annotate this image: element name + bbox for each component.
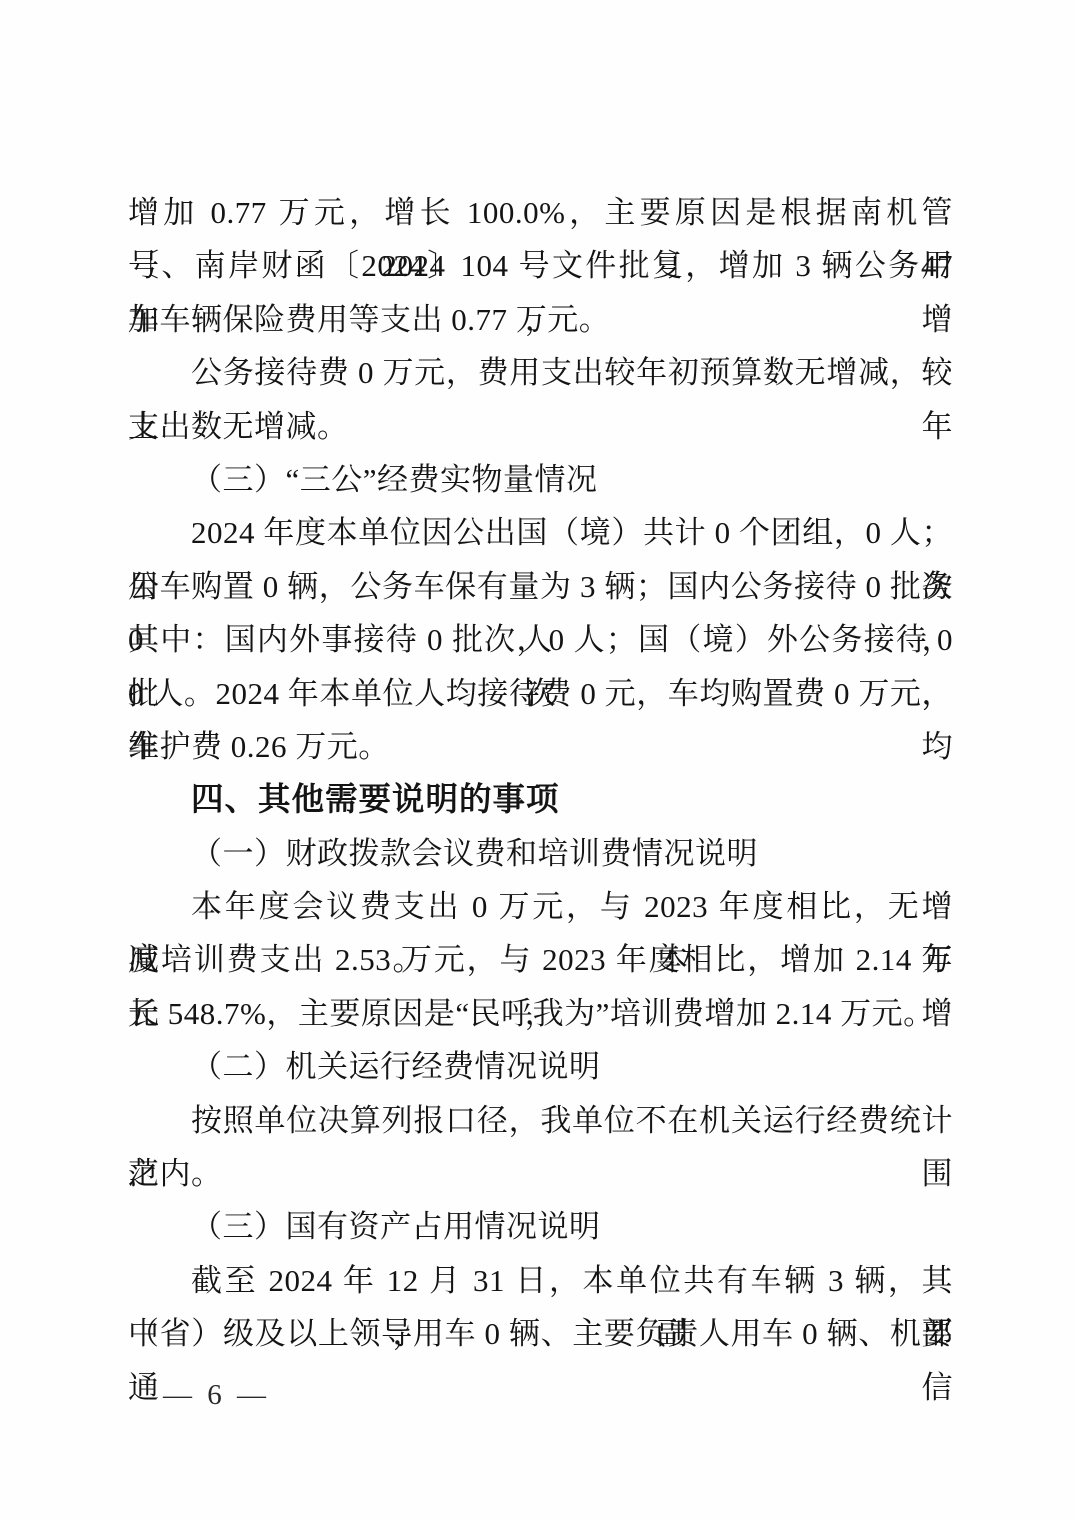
sub-section-heading: （三）“三公”经费实物量情况 xyxy=(128,453,953,506)
text-line: 长 548.7%，主要原因是“民呼我为”培训费增加 2.14 万元。 xyxy=(128,987,953,1040)
paragraph: 本年度会议费支出 0 万元，与 2023 年度相比，无增减。本年度培训费支出 2… xyxy=(128,880,953,1040)
text-line: 用车购置 0 辆，公务车保有量为 3 辆；国内公务接待 0 批次 0 人， xyxy=(128,560,953,613)
text-line: 公务接待费 0 万元，费用支出较年初预算数无增减，较上年 xyxy=(128,346,953,399)
text-line: （省）级及以上领导用车 0 辆、主要负责人用车 0 辆、机要通信 xyxy=(128,1307,953,1360)
text-line: 0 人。2024 年本单位人均接待费 0 元，车均购置费 0 万元，车均 xyxy=(128,667,953,720)
text-line: 四、其他需要说明的事项 xyxy=(128,773,953,826)
text-line: 按照单位决算列报口径，我单位不在机关运行经费统计范围 xyxy=(128,1094,953,1147)
text-line: （三）“三公”经费实物量情况 xyxy=(128,453,953,506)
text-line: 其中：国内外事接待 0 批次，0 人；国（境）外公务接待 0 批次， xyxy=(128,613,953,666)
paragraph: 公务接待费 0 万元，费用支出较年初预算数无增减，较上年支出数无增减。 xyxy=(128,346,953,453)
text-line: 截至 2024 年 12 月 31 日，本单位共有车辆 3 辆，其中，副部 xyxy=(128,1254,953,1307)
text-line: 度培训费支出 2.53 万元，与 2023 年度相比，增加 2.14 万元，增 xyxy=(128,933,953,986)
paragraph: 截至 2024 年 12 月 31 日，本单位共有车辆 3 辆，其中，副部（省）… xyxy=(128,1254,953,1361)
sub-section-heading: （一）财政拨款会议费和培训费情况说明 xyxy=(128,827,953,880)
text-line: （二）机关运行经费情况说明 xyxy=(128,1040,953,1093)
text-line: （三）国有资产占用情况说明 xyxy=(128,1200,953,1253)
document-page: 增加 0.77 万元，增长 100.0%，主要原因是根据南机管〔2024〕47号… xyxy=(0,0,1075,1520)
document-body: 增加 0.77 万元，增长 100.0%，主要原因是根据南机管〔2024〕47号… xyxy=(128,186,953,1361)
paragraph: 按照单位决算列报口径，我单位不在机关运行经费统计范围之内。 xyxy=(128,1094,953,1201)
sub-section-heading: （三）国有资产占用情况说明 xyxy=(128,1200,953,1253)
sub-section-heading: （二）机关运行经费情况说明 xyxy=(128,1040,953,1093)
text-line: 号、南岸财函〔2024〕104 号文件批复，增加 3 辆公务用车，增 xyxy=(128,239,953,292)
text-line: 本年度会议费支出 0 万元，与 2023 年度相比，无增减。本年 xyxy=(128,880,953,933)
text-line: 2024 年度本单位因公出国（境）共计 0 个团组，0 人；公务 xyxy=(128,506,953,559)
page-number: — 6 — xyxy=(163,1378,270,1412)
text-line: （一）财政拨款会议费和培训费情况说明 xyxy=(128,827,953,880)
paragraph: 2024 年度本单位因公出国（境）共计 0 个团组，0 人；公务用车购置 0 辆… xyxy=(128,506,953,773)
section-heading: 四、其他需要说明的事项 xyxy=(128,773,953,826)
text-line: 增加 0.77 万元，增长 100.0%，主要原因是根据南机管〔2024〕47 xyxy=(128,186,953,239)
paragraph: 增加 0.77 万元，增长 100.0%，主要原因是根据南机管〔2024〕47号… xyxy=(128,186,953,346)
